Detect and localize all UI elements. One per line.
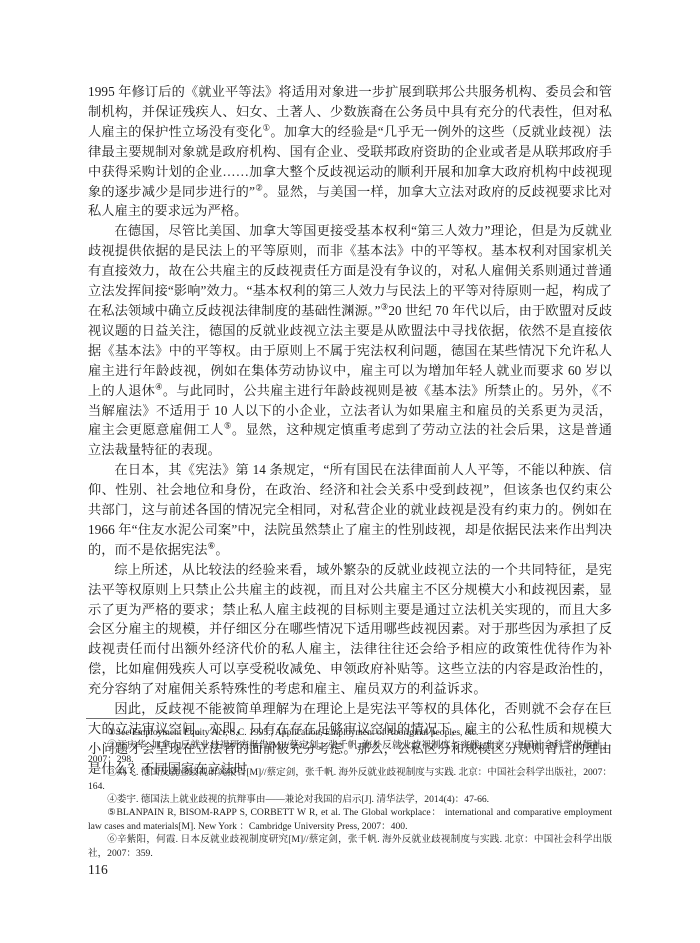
- footnote-4: ④娄宇. 德国法上就业歧视的抗辩事由——兼论对我国的启示[J]. 清华法学，20…: [88, 793, 612, 806]
- footnote-ref: ①: [263, 122, 271, 132]
- footnote-5: ⑤BLANPAIN R, BISOM-RAPP S, CORBETT W R, …: [88, 806, 612, 833]
- footnote-ref: ④: [155, 381, 163, 391]
- footnote-2: ②汪庆华. 加拿大反就业歧视研究报告[M]//蔡定剑，张千帆. 海外反就业歧视制…: [88, 739, 612, 766]
- page-number: 116: [88, 862, 108, 878]
- paragraph-japan: 在日本，其《宪法》第 14 条规定，“所有国民在法律面前人人平等，不能以种族、信…: [88, 460, 612, 560]
- footnote-ref: ③: [381, 302, 389, 312]
- paragraph-germany: 在德国，尽管比美国、加拿大等国更接受基本权利“第三人效力”理论，但是为反就业歧视…: [88, 221, 612, 460]
- footnotes-block: ①See Employment Equity Act, S.C. 1995., …: [88, 726, 612, 860]
- footnote-6: ⑥辛紫阳，何霞. 日本反就业歧视制度研究[M]//蔡定剑，张千帆. 海外反就业歧…: [88, 833, 612, 860]
- book-page: 1995 年修订后的《就业平等法》将适用对象进一步扩展到联邦公共服务机构、委员会…: [0, 0, 700, 943]
- footnote-divider: [86, 718, 254, 719]
- paragraph-continuation: 1995 年修订后的《就业平等法》将适用对象进一步扩展到联邦公共服务机构、委员会…: [88, 82, 612, 221]
- paragraph-summary: 综上所述，从比较法的经验来看，域外繁杂的反就业歧视立法的一个共同特征，是宪法平等…: [88, 560, 612, 699]
- footnote-1: ①See Employment Equity Act, S.C. 1995., …: [88, 726, 612, 739]
- footnote-ref: ②: [255, 182, 263, 192]
- footnote-3: ③刘飞. 德国反就业歧视研究报告[M]//蔡定剑，张千帆. 海外反就业歧视制度与…: [88, 766, 612, 793]
- footnote-ref: ⑥: [208, 540, 216, 550]
- footnote-ref: ⑤: [224, 421, 232, 431]
- main-text: 1995 年修订后的《就业平等法》将适用对象进一步扩展到联邦公共服务机构、委员会…: [88, 82, 612, 779]
